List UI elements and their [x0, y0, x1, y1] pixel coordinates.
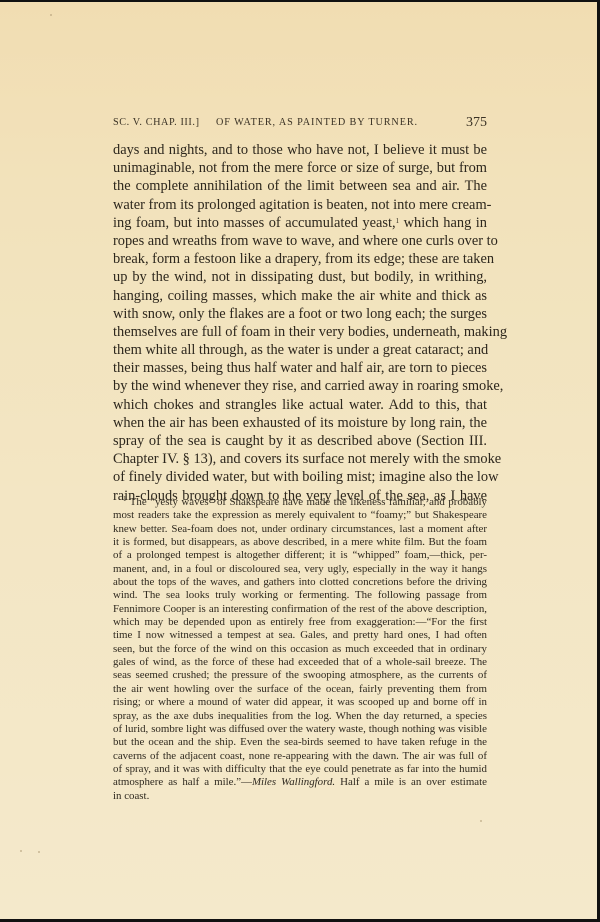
body-line: water from its prolonged agitation is be… — [113, 196, 487, 214]
footnote-line: which may be depended upon as entirely f… — [113, 616, 487, 629]
paper-speck — [50, 14, 52, 16]
footnote-line-text: atmosphere as half a mile.”— — [113, 776, 252, 788]
footnote: 1 The “yesty waves” of Shakspeare have m… — [113, 496, 487, 803]
footnote-line: 1 The “yesty waves” of Shakspeare have m… — [113, 496, 487, 509]
paper-speck — [20, 850, 22, 852]
body-text: days and nights, and to those who have n… — [113, 141, 487, 505]
footnote-line: it is formed, but disappears, as above d… — [113, 536, 487, 549]
body-line: hanging, coiling masses, which make the … — [113, 287, 487, 305]
footnote-line-text: The “yesty waves” of Shakspeare have mad… — [127, 496, 488, 508]
body-line: the complete annihilation of the limit b… — [113, 177, 487, 195]
footnote-line: of a prolonged tempest is altogether dif… — [113, 549, 487, 562]
body-line: up by the wind, not in dissipating dust,… — [113, 268, 487, 286]
footnote-line: in coast. — [113, 790, 487, 803]
chapter-title: OF WATER, AS PAINTED BY TURNER. — [216, 117, 418, 128]
running-head: SC. V. CHAP. III.] OF WATER, AS PAINTED … — [113, 115, 487, 131]
footnote-line: of lurid, sombre light was diffused over… — [113, 723, 487, 736]
footnote-line: about the tops of the waves, and gathers… — [113, 576, 487, 589]
body-line: ropes and wreaths from wave to wave, and… — [113, 232, 487, 250]
body-line: themselves are full of foam in their ver… — [113, 323, 487, 341]
body-line: unimaginable, not from the mere force or… — [113, 159, 487, 177]
footnote-line: seen, but the force of the wind on this … — [113, 643, 487, 656]
paper-speck — [38, 851, 40, 853]
footnote-line: gales of wind, as the force of these had… — [113, 656, 487, 669]
section-chapter-label: SC. V. CHAP. III.] — [113, 117, 200, 128]
body-line: when the air has been exhausted of its m… — [113, 414, 487, 432]
book-page: SC. V. CHAP. III.] OF WATER, AS PAINTED … — [0, 2, 597, 919]
footnote-line: wind. The sea looks truly working or fer… — [113, 589, 487, 602]
body-line: ing foam, but into masses of accumulated… — [113, 214, 487, 232]
footnote-line: manent, and, in a foul or discoloured se… — [113, 563, 487, 576]
footnote-line: atmosphere as half a mile.”—Miles Wallin… — [113, 776, 487, 789]
footnote-line: the air went howling over the surface of… — [113, 683, 487, 696]
paper-speck — [270, 499, 272, 501]
body-line: days and nights, and to those who have n… — [113, 141, 487, 159]
footnote-line: knew better. Sea-foam does not, under or… — [113, 523, 487, 536]
footnote-line: rising; or where a mound of water did ap… — [113, 696, 487, 709]
body-line: by the wind whenever they rise, and carr… — [113, 377, 487, 395]
body-line: which chokes and strangles like actual w… — [113, 396, 487, 414]
footnote-line: spray, as the axe dubs inequalities from… — [113, 710, 487, 723]
body-line: their masses, being thus half water and … — [113, 359, 487, 377]
body-line: spray of the sea is caught by it as desc… — [113, 432, 487, 450]
footnote-line: but the ocean and the ship. Even the sea… — [113, 736, 487, 749]
body-line: of finely divided water, but with boilin… — [113, 468, 487, 486]
body-line-text: which hang in — [399, 215, 487, 231]
body-line: with snow, only the flakes are a foot or… — [113, 305, 487, 323]
page-number: 375 — [466, 115, 487, 131]
footnote-line: of spray, and it was with difficulty tha… — [113, 763, 487, 776]
footnote-line: Fennimore Cooper is an interesting confi… — [113, 603, 487, 616]
footnote-line: seas seemed crushed; the pressure of the… — [113, 669, 487, 682]
body-line: break, form a festoon like a drapery, fr… — [113, 250, 487, 268]
body-line: Chapter IV. § 13), and covers its surfac… — [113, 450, 487, 468]
footnote-line: most readers take the expression as mere… — [113, 509, 487, 522]
footnote-line-text: Half a mile is an over estimate — [335, 776, 487, 788]
paper-speck — [480, 820, 482, 822]
footnote-line: time I now witnessed a tempest at sea. G… — [113, 629, 487, 642]
footnote-line: caverns of the adjacent coast, none re-a… — [113, 750, 487, 763]
body-line-text: ing foam, but into masses of accumulated… — [113, 215, 396, 231]
source-attribution: Miles Wallingford. — [252, 776, 335, 788]
body-line: them white all through, as the water is … — [113, 341, 487, 359]
